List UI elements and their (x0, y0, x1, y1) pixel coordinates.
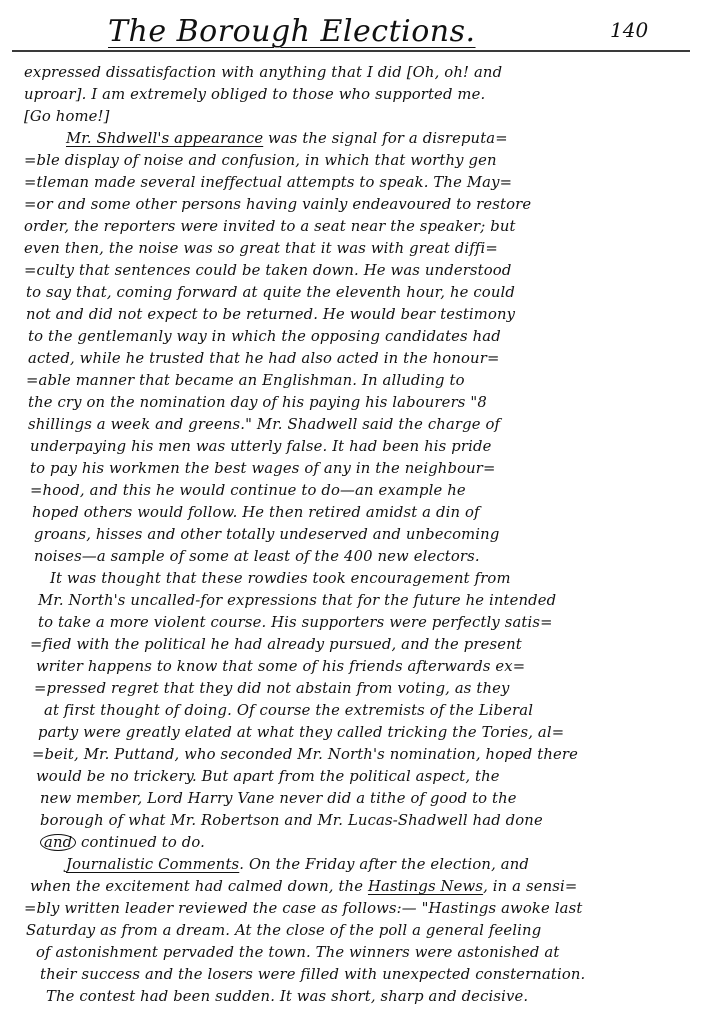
line-text: . On the Friday after the election, and (239, 856, 529, 873)
text-line: order, the reporters were invited to a s… (0, 216, 715, 238)
text-line: and continued to do. (0, 832, 715, 854)
line-text: borough of what Mr. Robertson and Mr. Lu… (40, 812, 543, 829)
line-text: =fied with the political he had already … (30, 636, 522, 653)
line-text: groans, hisses and other totally undeser… (34, 526, 499, 543)
underlined-phrase: Mr. Shdwell's appearance (66, 130, 263, 147)
text-line: =fied with the political he had already … (0, 634, 715, 656)
page-title: The Borough Elections. (108, 14, 476, 49)
text-line: acted, while he trusted that he had also… (0, 348, 715, 370)
text-line: borough of what Mr. Robertson and Mr. Lu… (0, 810, 715, 832)
header-rule-divider (12, 50, 690, 52)
text-line: at first thought of doing. Of course the… (0, 700, 715, 722)
text-line: Mr. North's uncalled-for expressions tha… (0, 590, 715, 612)
text-line: It was thought that these rowdies took e… (0, 568, 715, 590)
text-line: their success and the losers were filled… (0, 964, 715, 986)
line-text: to take a more violent course. His suppo… (38, 614, 553, 631)
line-text: =bly written leader reviewed the case as… (24, 900, 582, 917)
text-line: Journalistic Comments. On the Friday aft… (0, 854, 715, 876)
text-line: =culty that sentences could be taken dow… (0, 260, 715, 282)
line-text: order, the reporters were invited to a s… (24, 218, 516, 235)
line-text: even then, the noise was so great that i… (24, 240, 498, 257)
text-line: to pay his workmen the best wages of any… (0, 458, 715, 480)
text-line: noises—a sample of some at least of the … (0, 546, 715, 568)
text-line: uproar]. I am extremely obliged to those… (0, 84, 715, 106)
text-line: groans, hisses and other totally undeser… (0, 524, 715, 546)
text-line: The contest had been sudden. It was shor… (0, 986, 715, 1008)
line-text: to say that, coming forward at quite the… (26, 284, 515, 301)
text-line: =ble display of noise and confusion, in … (0, 150, 715, 172)
text-line: when the excitement had calmed down, the… (0, 876, 715, 898)
underlined-phrase: Hastings News (368, 878, 483, 895)
line-text: Saturday as from a dream. At the close o… (26, 922, 541, 939)
line-text: uproar]. I am extremely obliged to those… (24, 86, 485, 103)
line-text: =pressed regret that they did not abstai… (34, 680, 510, 697)
line-text: continued to do. (76, 834, 205, 851)
line-text: noises—a sample of some at least of the … (34, 548, 480, 565)
text-line: hoped others would follow. He then retir… (0, 502, 715, 524)
text-line: Mr. Shdwell's appearance was the signal … (0, 128, 715, 150)
line-text: writer happens to know that some of his … (36, 658, 525, 675)
text-line: Saturday as from a dream. At the close o… (0, 920, 715, 942)
line-text: =tleman made several ineffectual attempt… (24, 174, 512, 191)
manuscript-page: The Borough Elections. 140 expressed dis… (0, 0, 715, 1024)
text-line: to say that, coming forward at quite the… (0, 282, 715, 304)
text-line: the cry on the nomination day of his pay… (0, 392, 715, 414)
text-line: =pressed regret that they did not abstai… (0, 678, 715, 700)
line-text: shillings a week and greens." Mr. Shadwe… (28, 416, 500, 433)
text-line: party were greatly elated at what they c… (0, 722, 715, 744)
line-text: their success and the losers were filled… (40, 966, 585, 983)
underlined-phrase: Journalistic Comments (66, 856, 239, 873)
line-text: to the gentlemanly way in which the oppo… (28, 328, 501, 345)
circled-word: and (40, 834, 76, 851)
line-text: It was thought that these rowdies took e… (50, 570, 511, 587)
text-line: new member, Lord Harry Vane never did a … (0, 788, 715, 810)
text-line: =bly written leader reviewed the case as… (0, 898, 715, 920)
text-line: of astonishment pervaded the town. The w… (0, 942, 715, 964)
line-text: the cry on the nomination day of his pay… (28, 394, 487, 411)
text-line: writer happens to know that some of his … (0, 656, 715, 678)
text-line: =hood, and this he would continue to do—… (0, 480, 715, 502)
text-line: =beit, Mr. Puttand, who seconded Mr. Nor… (0, 744, 715, 766)
text-line: to the gentlemanly way in which the oppo… (0, 326, 715, 348)
line-text: [Go home!] (24, 108, 110, 125)
text-line: not and did not expect to be returned. H… (0, 304, 715, 326)
line-text: The contest had been sudden. It was shor… (46, 988, 528, 1005)
manuscript-body: expressed dissatisfaction with anything … (0, 62, 715, 1008)
line-text: =or and some other persons having vainly… (24, 196, 531, 213)
text-line: expressed dissatisfaction with anything … (0, 62, 715, 84)
line-text: hoped others would follow. He then retir… (32, 504, 480, 521)
text-line: would be no trickery. But apart from the… (0, 766, 715, 788)
line-text: =beit, Mr. Puttand, who seconded Mr. Nor… (32, 746, 578, 763)
text-line: even then, the noise was so great that i… (0, 238, 715, 260)
line-text: not and did not expect to be returned. H… (26, 306, 515, 323)
line-text: expressed dissatisfaction with anything … (24, 64, 502, 81)
page-number: 140 (610, 18, 648, 42)
line-text: new member, Lord Harry Vane never did a … (40, 790, 517, 807)
line-text: of astonishment pervaded the town. The w… (36, 944, 559, 961)
text-line: underpaying his men was utterly false. I… (0, 436, 715, 458)
line-text: party were greatly elated at what they c… (38, 724, 564, 741)
line-text: =culty that sentences could be taken dow… (24, 262, 511, 279)
text-line: =or and some other persons having vainly… (0, 194, 715, 216)
line-text: Mr. North's uncalled-for expressions tha… (38, 592, 556, 609)
text-line: =able manner that became an Englishman. … (0, 370, 715, 392)
line-text: at first thought of doing. Of course the… (44, 702, 533, 719)
text-line: =tleman made several ineffectual attempt… (0, 172, 715, 194)
line-text: underpaying his men was utterly false. I… (30, 438, 491, 455)
text-line: [Go home!] (0, 106, 715, 128)
line-text: acted, while he trusted that he had also… (28, 350, 499, 367)
line-text: =able manner that became an Englishman. … (26, 372, 465, 389)
line-text: =hood, and this he would continue to do—… (30, 482, 466, 499)
line-text: , in a sensi= (483, 878, 577, 895)
text-line: to take a more violent course. His suppo… (0, 612, 715, 634)
line-text: was the signal for a disreputa= (263, 130, 508, 147)
line-text: =ble display of noise and confusion, in … (24, 152, 497, 169)
line-text: when the excitement had calmed down, the (30, 878, 368, 895)
text-line: shillings a week and greens." Mr. Shadwe… (0, 414, 715, 436)
line-text: would be no trickery. But apart from the… (36, 768, 500, 785)
line-text: to pay his workmen the best wages of any… (30, 460, 496, 477)
